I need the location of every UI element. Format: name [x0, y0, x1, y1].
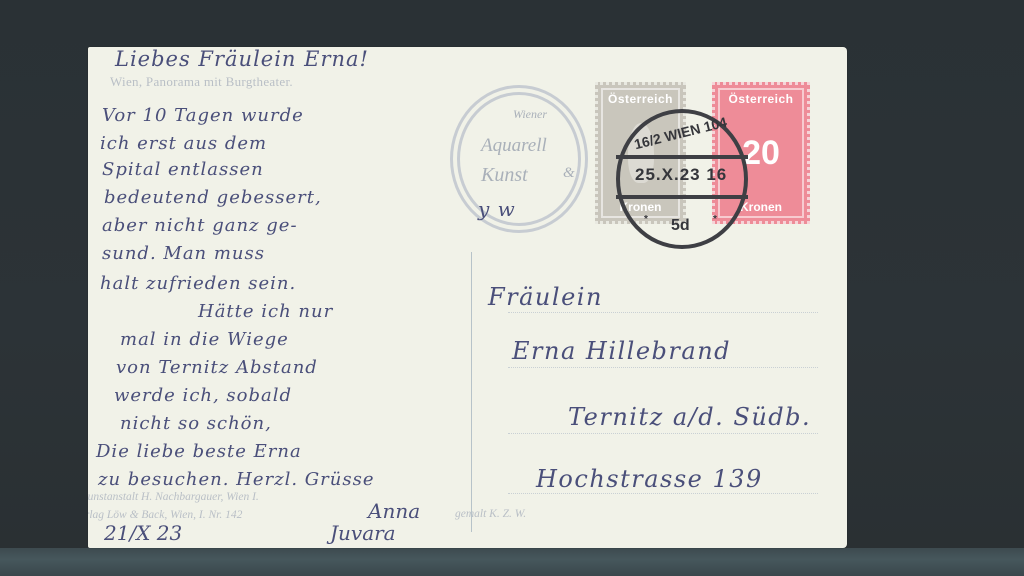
margin-note: y w [478, 197, 516, 221]
address-name: Erna Hillebrand [512, 337, 731, 365]
message-line: nicht so schön, [120, 413, 272, 434]
address-salutation: Fräulein [488, 283, 603, 311]
center-divider [471, 252, 472, 532]
publisher-line-2: Verlag Löw & Back, Wien, I. Nr. 142 [88, 509, 242, 521]
postmark-date: 25.X.23 16 [635, 165, 727, 185]
vignette-aquarell: Aquarell [481, 135, 547, 157]
postmark-code: 5d [671, 217, 690, 235]
stamp-country: Österreich [608, 92, 673, 106]
message-line: Vor 10 Tagen wurde [102, 105, 304, 126]
vignette-wiener: Wiener [513, 107, 547, 122]
address-line-3 [508, 433, 818, 434]
message-line: zu besuchen. Herzl. Grüsse [98, 469, 375, 490]
address-town: Ternitz a/d. Südb. [568, 403, 811, 431]
message-line: von Ternitz Abstand [116, 357, 318, 378]
vignette-mark: & [563, 165, 575, 182]
address-line-2 [508, 367, 818, 368]
signature-last: Juvara [330, 521, 396, 545]
stamp-currency: Kronen [740, 200, 782, 214]
publisher-line-1: Kunstanstalt H. Nachbargauer, Wien I. [88, 491, 259, 503]
message-line: ich erst aus dem [100, 133, 267, 154]
message-line: Die liebe beste Erna [96, 441, 302, 462]
painted-by-credit: gemalt K. Z. W. [455, 508, 526, 520]
message-line: aber nicht ganz ge- [102, 215, 298, 236]
address-line-4 [508, 493, 818, 494]
written-date: 21/X 23 [104, 521, 182, 545]
address-line-1 [508, 312, 818, 313]
vignette-kunst: Kunst [481, 164, 528, 187]
star-icon: * [644, 214, 648, 225]
stamp-country: Österreich [728, 92, 793, 106]
message-line: bedeutend gebessert, [104, 187, 322, 208]
star-icon: * [713, 214, 717, 225]
message-line: mal in die Wiege [120, 329, 289, 350]
message-line: werde ich, sobald [114, 385, 292, 406]
table-edge-strip [0, 548, 1024, 576]
message-line: halt zufrieden sein. [100, 273, 296, 294]
message-line: Hätte ich nur [198, 301, 333, 322]
greeting: Liebes Fräulein Erna! [115, 47, 369, 71]
signature-first: Anna [368, 499, 420, 523]
message-line: sund. Man muss [102, 243, 265, 264]
address-street: Hochstrasse 139 [536, 465, 763, 493]
printed-caption: Wien, Panorama mit Burgtheater. [110, 74, 293, 90]
message-line: Spital entlassen [102, 159, 264, 180]
postcard: Wien, Panorama mit Burgtheater. Kunstans… [88, 47, 847, 548]
